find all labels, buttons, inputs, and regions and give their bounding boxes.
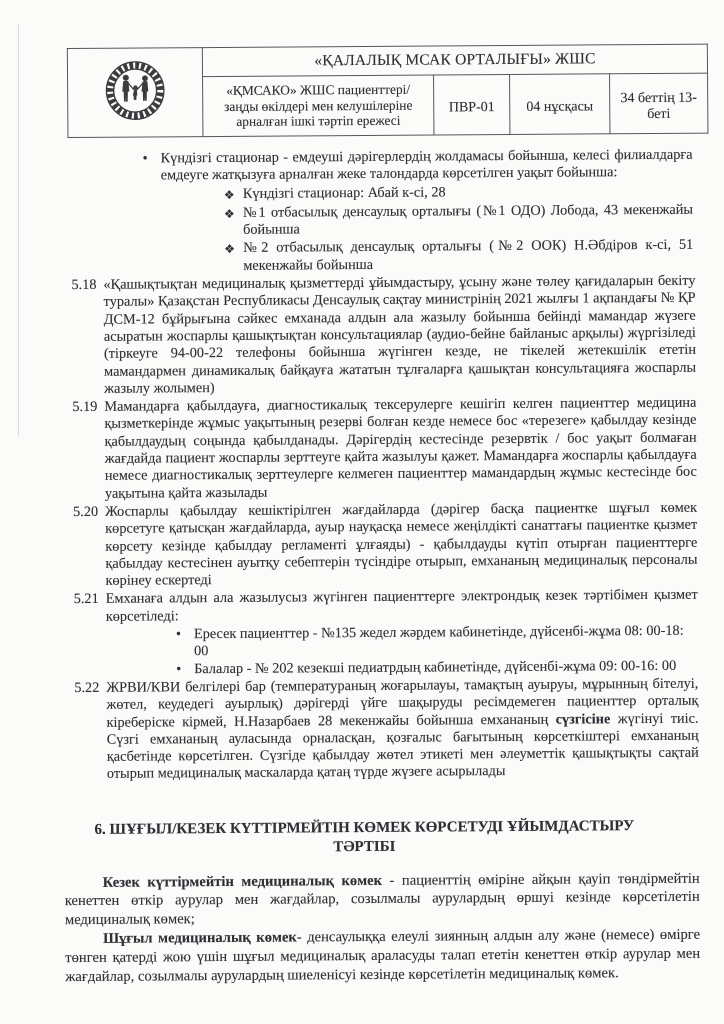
doc-code: ПВР-01: [434, 74, 510, 135]
clause-number: 5.18: [71, 277, 104, 398]
list-item: ❖ №2 отбасылық денсаулық орталығы (№2 ОО…: [224, 237, 693, 275]
document-header-table: «ҚАЛАЛЫҚ МСАК ОРТАЛЫҒЫ» ЖШС «ҚМСАКО» ЖШС…: [67, 44, 709, 138]
list-item-text: Балалар - № 202 кезекші педиатрдың кабин…: [194, 657, 676, 678]
list-item: • Күндізгі стационар - емдеуші дәрігерле…: [143, 147, 693, 185]
list-item-text: Күндізгі стационар - емдеуші дәрігерлерд…: [161, 147, 693, 185]
section-heading: 6. ШҰҒЫЛ/КЕЗЕК КҮТТІРМЕЙТІН КӨМЕК КӨРСЕТ…: [78, 817, 650, 859]
clause-text: Мамандарға қабылдауға, диагностикалық те…: [104, 395, 697, 503]
diamond-bullet-marker: ❖: [224, 205, 243, 240]
paragraph-lead-bold: Шұғыл медициналық көмек: [103, 930, 297, 947]
numbered-clause: 5.21 Емханаға алдын ала жазылусыз жүгінг…: [74, 587, 698, 626]
paragraph-lead-bold: Кезек күттірмейтін медициналық көмек: [103, 873, 382, 891]
bullet-marker: •: [176, 626, 194, 661]
list-item: ❖ №1 отбасылық денсаулық орталығы (№1 ОД…: [224, 202, 693, 240]
list-item-text: №1 отбасылық денсаулық орталығы (№1 ОДО)…: [243, 202, 693, 240]
clause-text: ЖРВИ/КВИ белгілері бар (температураның ж…: [106, 676, 699, 784]
bullet-marker: •: [143, 150, 161, 185]
doc-page-info: 34 беттің 13-беті: [610, 73, 708, 134]
clause-number: 5.20: [73, 504, 106, 591]
diamond-bullet-marker: ❖: [224, 240, 243, 275]
doc-description: «ҚМСАКО» ЖШС пациенттері/заңды өкілдері …: [203, 75, 434, 137]
numbered-clause: 5.20 Жоспарлы қабылдау кешіктірілген жағ…: [73, 500, 698, 591]
org-title: «ҚАЛАЛЫҚ МСАК ОРТАЛЫҒЫ» ЖШС: [202, 44, 707, 77]
clause-number: 5.22: [74, 680, 107, 784]
clause-number: 5.19: [72, 399, 105, 503]
clause-text-bold: сүзгісіне: [556, 711, 611, 727]
scanned-content: «ҚАЛАЛЫҚ МСАК ОРТАЛЫҒЫ» ЖШС «ҚМСАКО» ЖШС…: [0, 0, 721, 3]
list-item-text: Ересек пациенттер - №135 жедел жәрдем ка…: [194, 623, 698, 661]
list-item-text: №2 отбасылық денсаулық орталығы (№2 ООК)…: [243, 237, 693, 275]
paragraph: Шұғыл медициналық көмек- денсаулыққа еле…: [65, 926, 700, 987]
org-logo-cell: [67, 48, 203, 138]
clause-text: Емханаға алдын ала жазылусыз жүгінген па…: [106, 587, 698, 626]
numbered-clause: 5.22 ЖРВИ/КВИ белгілері бар (температура…: [74, 676, 699, 784]
document-body: • Күндізгі стационар - емдеуші дәрігерле…: [0, 146, 724, 987]
doc-version: 04 нұсқасы: [510, 74, 610, 135]
numbered-clause: 5.18 «Қашықтықтан медициналық қызметтерд…: [71, 273, 696, 398]
clause-text: «Қашықтықтан медициналық қызметтерді ұйы…: [103, 273, 696, 398]
clause-text: Жоспарлы қабылдау кешіктірілген жағдайла…: [105, 500, 698, 591]
list-item-text: Күндізгі стационар: Абай к-сі, 28: [243, 184, 446, 204]
list-item: ❖ Күндізгі стационар: Абай к-сі, 28: [224, 182, 693, 204]
list-item: • Ересек пациенттер - №135 жедел жәрдем …: [176, 623, 698, 661]
clause-number: 5.21: [74, 591, 106, 626]
diamond-bullet-marker: ❖: [224, 185, 243, 203]
family-in-circle-logo-icon: [102, 57, 168, 123]
numbered-clause: 5.19 Мамандарға қабылдауға, диагностикал…: [72, 395, 697, 503]
paragraph: Кезек күттірмейтін медициналық көмек - п…: [65, 869, 700, 930]
list-item: • Балалар - № 202 кезекші педиатрдың каб…: [176, 657, 698, 678]
bullet-marker: •: [176, 661, 194, 678]
document-page: «ҚАЛАЛЫҚ МСАК ОРТАЛЫҒЫ» ЖШС «ҚМСАКО» ЖШС…: [0, 0, 724, 1024]
